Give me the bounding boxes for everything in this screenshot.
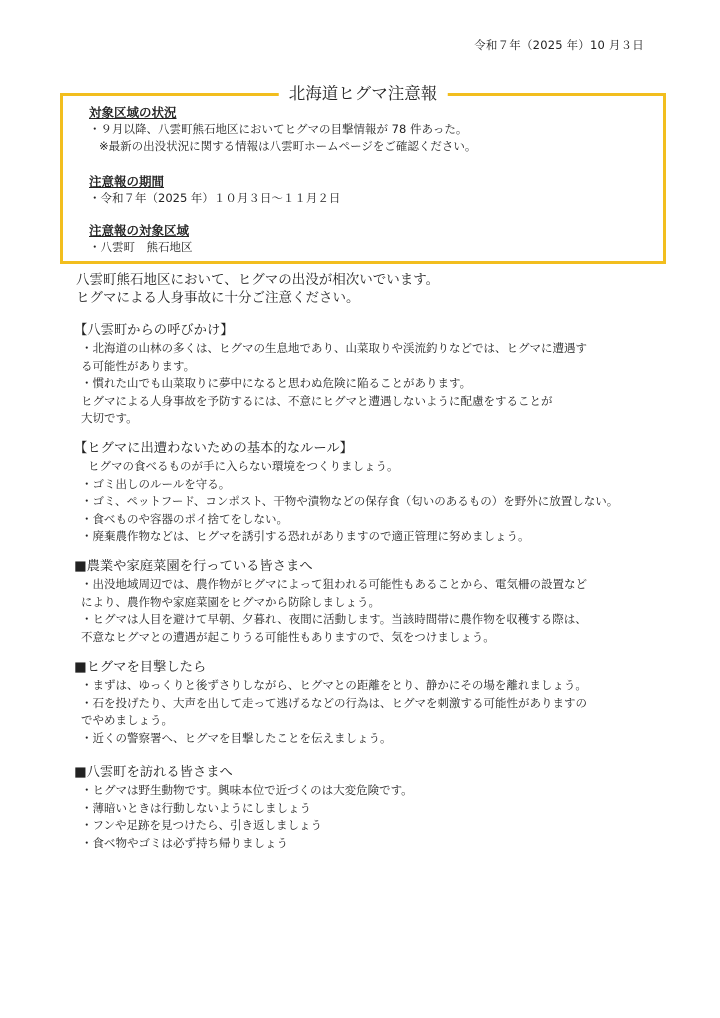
list-item: ・出没地域周辺では、農作物がヒグマによって狙われる可能性もあることから、電気柵の… xyxy=(76,576,666,611)
item-line: ・出没地域周辺では、農作物がヒグマによって狙われる可能性もあることから、電気柵の… xyxy=(92,576,666,594)
list-item: ・ゴミ出しのルールを守る。 xyxy=(76,476,666,494)
notice-title: 北海道ヒグマ注意報 xyxy=(279,83,448,105)
list-item: ・北海道の山林の多くは、ヒグマの生息地であり、山菜取りや渓流釣りなどでは、ヒグマ… xyxy=(76,340,666,375)
item-line: ヒグマによる人身事故を予防するには、不意にヒグマと遭遇しないように配慮をすること… xyxy=(92,393,666,411)
item-line: る可能性があります。 xyxy=(92,358,666,376)
item-line: ・ヒグマは野生動物です。興味本位で近づくのは大変危険です。 xyxy=(92,782,666,800)
item-line: ・ゴミ、ペットフード、コンポスト、干物や漬物などの保存食（匂いのあるもの）を野外… xyxy=(92,493,666,511)
status-line: ・９月以降、八雲町熊石地区においてヒグマの目撃情報が 78 件あった。 xyxy=(89,121,476,138)
item-line: ・近くの警察署へ、ヒグマを目撃したことを伝えましょう。 xyxy=(92,730,666,748)
intro-message: 八雲町熊石地区において、ヒグマの出没が相次いでいます。 ヒグマによる人身事故に十… xyxy=(76,271,439,307)
list-item: ・食べものや容器のポイ捨てをしない。 xyxy=(76,511,666,529)
section-heading: 【ヒグマに出遭わないための基本的なルール】 xyxy=(74,440,666,458)
item-line: 大切です。 xyxy=(92,410,666,428)
list-item: ・まずは、ゆっくりと後ずさりしながら、ヒグマとの距離をとり、静かにその場を離れま… xyxy=(76,677,666,695)
section-heading: ■ヒグマを目撃したら xyxy=(74,659,666,677)
section-heading: 対象区域の状況 xyxy=(89,104,476,121)
area-line: ・八雲町 熊石地区 xyxy=(89,239,193,256)
section-heading: 【八雲町からの呼びかけ】 xyxy=(74,322,666,340)
list-item: ・ゴミ、ペットフード、コンポスト、干物や漬物などの保存食（匂いのあるもの）を野外… xyxy=(76,493,666,511)
list-item: ・慣れた山でも山菜取りに夢中になると思わぬ危険に陥ることがあります。 ヒグマによ… xyxy=(76,375,666,428)
homepage-note: ※最新の出没状況に関する情報は八雲町ホームページをご確認ください。 xyxy=(89,138,476,155)
list-item: ・石を投げたり、大声を出して走って逃げるなどの行為は、ヒグマを刺激する可能性があ… xyxy=(76,695,666,730)
item-line: ・ヒグマは人目を避けて早朝、夕暮れ、夜間に活動します。当該時間帯に農作物を収穫す… xyxy=(92,611,666,629)
list-item: ・食べ物やゴミは必ず持ち帰りましょう xyxy=(76,835,666,853)
issue-date: 令和７年（2025 年）10 月３日 xyxy=(474,37,644,53)
item-line: ・ゴミ出しのルールを守る。 xyxy=(92,476,666,494)
list-item: ・廃棄農作物などは、ヒグマを誘引する恐れがありますので適正管理に努めましょう。 xyxy=(76,528,666,546)
notice-period-section: 注意報の期間 ・令和７年（2025 年）１０月３日～１１月２日 xyxy=(89,173,340,207)
section-town-appeal: 【八雲町からの呼びかけ】 ・北海道の山林の多くは、ヒグマの生息地であり、山菜取り… xyxy=(76,322,666,428)
item-line: 不意なヒグマとの遭遇が起こりうる可能性もありますので、気をつけましょう。 xyxy=(92,629,666,647)
list-item: ・フンや足跡を見つけたら、引き返しましょう xyxy=(76,817,666,835)
item-line: ・フンや足跡を見つけたら、引き返しましょう xyxy=(92,817,666,835)
target-area-status-section: 対象区域の状況 ・９月以降、八雲町熊石地区においてヒグマの目撃情報が 78 件あ… xyxy=(89,104,476,155)
list-item: ・ヒグマは人目を避けて早朝、夕暮れ、夜間に活動します。当該時間帯に農作物を収穫す… xyxy=(76,611,666,646)
intro-line: 八雲町熊石地区において、ヒグマの出没が相次いでいます。 xyxy=(76,271,439,289)
section-basic-rules: 【ヒグマに出遭わないための基本的なルール】 ヒグマの食べるものが手に入らない環境… xyxy=(76,440,666,546)
list-item: ・近くの警察署へ、ヒグマを目撃したことを伝えましょう。 xyxy=(76,730,666,748)
period-line: ・令和７年（2025 年）１０月３日～１１月２日 xyxy=(89,190,340,207)
intro-line: ヒグマによる人身事故に十分ご注意ください。 xyxy=(76,289,439,307)
item-line: により、農作物や家庭菜園をヒグマから防除しましょう。 xyxy=(92,594,666,612)
section-farmers: ■農業や家庭菜園を行っている皆さまへ ・出没地域周辺では、農作物がヒグマによって… xyxy=(76,558,666,646)
section-heading: 注意報の対象区域 xyxy=(89,222,193,239)
section-heading: ■八雲町を訪れる皆さまへ xyxy=(74,764,666,782)
item-line: ・慣れた山でも山菜取りに夢中になると思わぬ危険に陥ることがあります。 xyxy=(92,375,666,393)
item-line: でやめましょう。 xyxy=(92,712,666,730)
notice-box: 北海道ヒグマ注意報 対象区域の状況 ・９月以降、八雲町熊石地区においてヒグマの目… xyxy=(60,93,666,264)
section-visitors: ■八雲町を訪れる皆さまへ ・ヒグマは野生動物です。興味本位で近づくのは大変危険で… xyxy=(76,764,666,852)
item-line: ・食べ物やゴミは必ず持ち帰りましょう xyxy=(92,835,666,853)
item-line: ・まずは、ゆっくりと後ずさりしながら、ヒグマとの距離をとり、静かにその場を離れま… xyxy=(92,677,666,695)
section-lead: ヒグマの食べるものが手に入らない環境をつくりましょう。 xyxy=(76,458,666,476)
section-heading: ■農業や家庭菜園を行っている皆さまへ xyxy=(74,558,666,576)
item-line: ・薄暗いときは行動しないようにしましょう xyxy=(92,800,666,818)
item-line: ・北海道の山林の多くは、ヒグマの生息地であり、山菜取りや渓流釣りなどでは、ヒグマ… xyxy=(92,340,666,358)
item-line: ・石を投げたり、大声を出して走って逃げるなどの行為は、ヒグマを刺激する可能性があ… xyxy=(92,695,666,713)
list-item: ・薄暗いときは行動しないようにしましょう xyxy=(76,800,666,818)
item-line: ・食べものや容器のポイ捨てをしない。 xyxy=(92,511,666,529)
section-if-sighted: ■ヒグマを目撃したら ・まずは、ゆっくりと後ずさりしながら、ヒグマとの距離をとり… xyxy=(76,659,666,747)
notice-area-section: 注意報の対象区域 ・八雲町 熊石地区 xyxy=(89,222,193,256)
list-item: ・ヒグマは野生動物です。興味本位で近づくのは大変危険です。 xyxy=(76,782,666,800)
section-heading: 注意報の期間 xyxy=(89,173,340,190)
item-line: ・廃棄農作物などは、ヒグマを誘引する恐れがありますので適正管理に努めましょう。 xyxy=(92,528,666,546)
